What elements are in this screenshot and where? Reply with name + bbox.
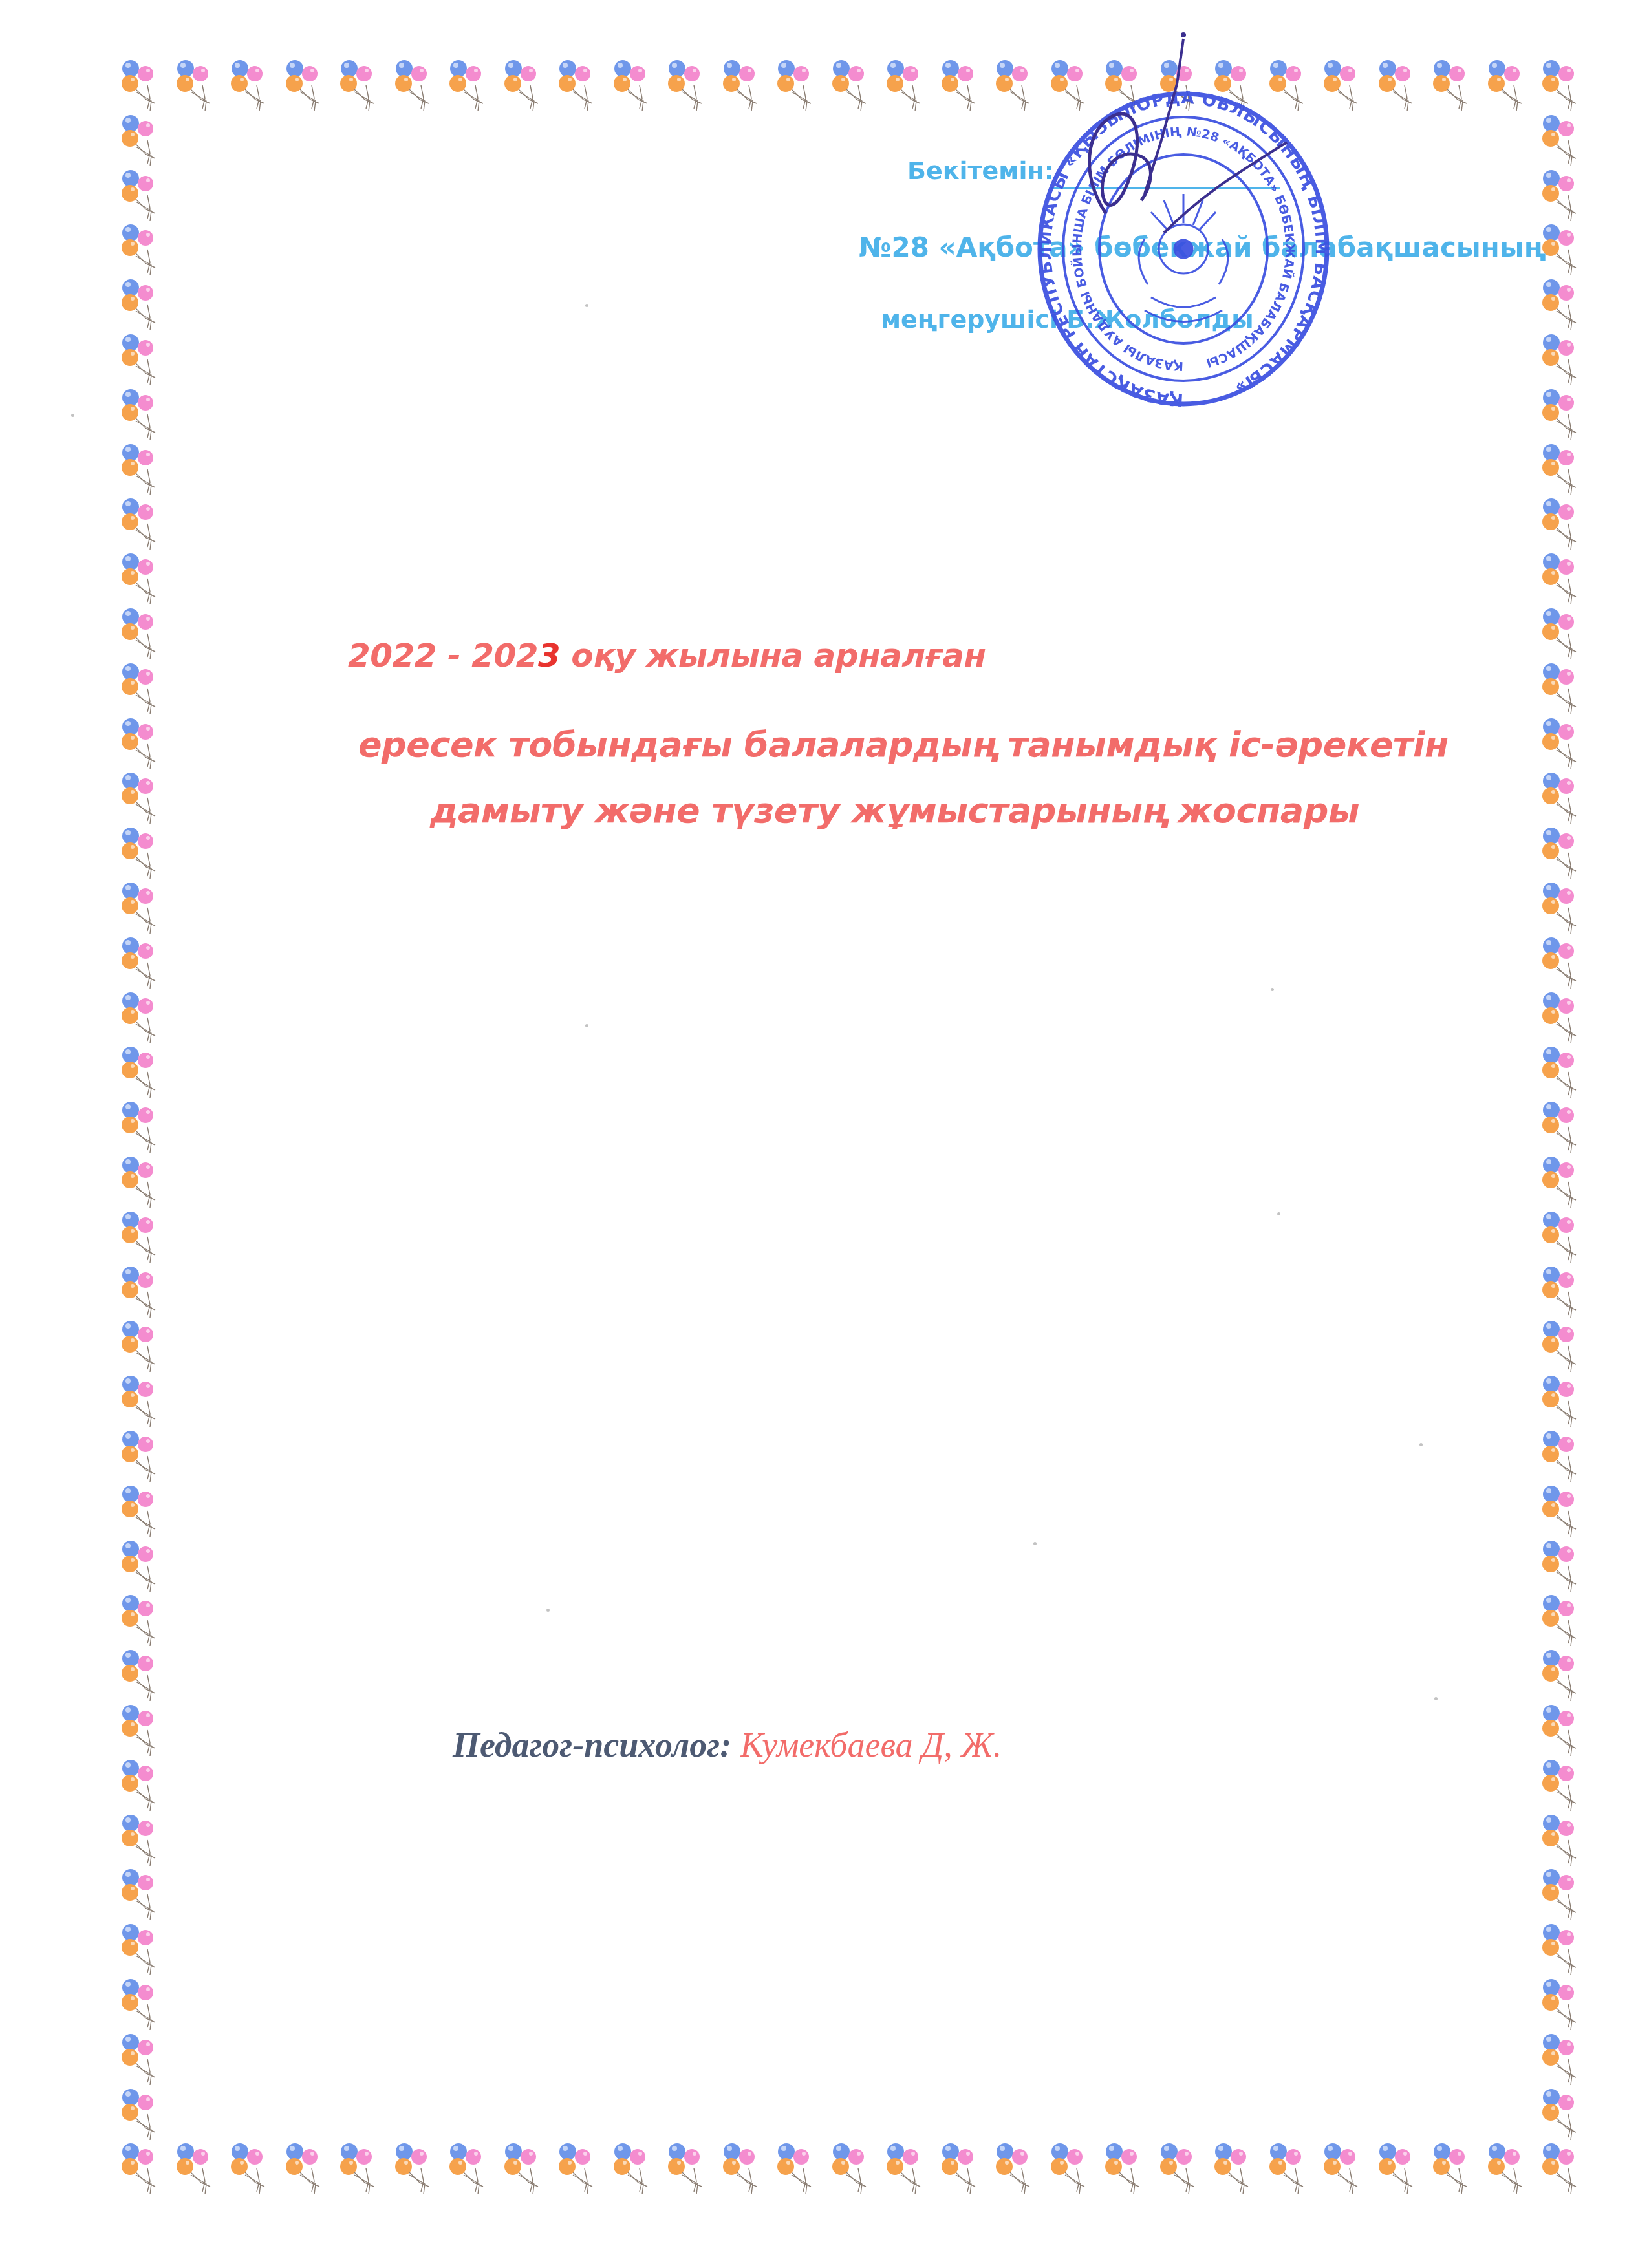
scan-speck xyxy=(1419,1443,1423,1446)
balloon-bunch-icon xyxy=(1211,2143,1262,2197)
border-balloon xyxy=(118,553,169,607)
balloon-bunch-icon xyxy=(1375,59,1427,114)
border-balloon xyxy=(173,59,224,114)
balloon-bunch-icon xyxy=(118,59,169,114)
border-balloon xyxy=(118,1923,169,1978)
balloon-bunch-icon xyxy=(1538,389,1590,443)
border-balloon xyxy=(118,1266,169,1320)
border-balloon xyxy=(391,2143,443,2197)
border-balloon xyxy=(1101,2143,1153,2197)
balloon-bunch-icon xyxy=(1538,2088,1590,2143)
border-balloon xyxy=(883,59,934,114)
border-balloon xyxy=(1538,1485,1590,1539)
border-balloon xyxy=(1156,2143,1208,2197)
border-balloon xyxy=(1538,2088,1590,2143)
border-balloon xyxy=(118,718,169,772)
border-balloon xyxy=(1538,663,1590,717)
border-balloon xyxy=(118,1485,169,1539)
border-balloon xyxy=(118,1375,169,1429)
balloon-bunch-icon xyxy=(1538,1540,1590,1594)
balloon-bunch-icon xyxy=(828,59,880,114)
balloon-bunch-icon xyxy=(1538,1923,1590,1978)
border-balloon xyxy=(118,1156,169,1210)
balloon-bunch-icon xyxy=(1538,1868,1590,1923)
balloon-bunch-icon xyxy=(118,553,169,607)
border-balloon xyxy=(118,2088,169,2143)
scan-speck xyxy=(1271,988,1274,991)
border-balloon xyxy=(118,992,169,1046)
border-balloon xyxy=(1538,1704,1590,1759)
border-balloon xyxy=(1538,1649,1590,1704)
border-balloon xyxy=(1538,1046,1590,1100)
border-balloon xyxy=(992,2143,1044,2197)
border-balloon xyxy=(773,59,825,114)
balloon-bunch-icon xyxy=(773,59,825,114)
academic-year-heading: 2022 - 2023 оқу жылына арналған xyxy=(348,637,986,674)
balloon-bunch-icon xyxy=(555,2143,607,2197)
scan-speck xyxy=(1434,1697,1438,1700)
balloon-bunch-icon xyxy=(1538,663,1590,717)
balloon-bunch-icon xyxy=(1538,1046,1590,1100)
balloon-bunch-icon xyxy=(118,663,169,717)
balloon-bunch-icon xyxy=(1538,1485,1590,1539)
balloon-bunch-icon xyxy=(1484,59,1536,114)
plan-title-line-2: дамыту және түзету жұмыстарының жоспары xyxy=(430,790,1359,831)
balloon-bunch-icon xyxy=(446,59,497,114)
border-balloon xyxy=(1538,498,1590,552)
scan-speck xyxy=(1277,1212,1280,1215)
border-balloon xyxy=(118,59,169,114)
border-balloon xyxy=(1429,2143,1481,2197)
border-balloon xyxy=(610,59,662,114)
balloon-bunch-icon xyxy=(118,1540,169,1594)
border-balloon xyxy=(227,59,279,114)
balloon-bunch-icon xyxy=(118,279,169,333)
border-balloon xyxy=(118,2143,169,2197)
border-balloon xyxy=(1538,1594,1590,1649)
balloon-bunch-icon xyxy=(1538,1101,1590,1155)
border-balloon xyxy=(1538,1211,1590,1265)
balloon-bunch-icon xyxy=(1320,2143,1372,2197)
border-balloon xyxy=(938,59,989,114)
balloon-bunch-icon xyxy=(1538,827,1590,881)
balloon-bunch-icon xyxy=(501,2143,552,2197)
balloon-bunch-icon xyxy=(1538,498,1590,552)
balloon-bunch-icon xyxy=(1156,2143,1208,2197)
balloon-bunch-icon xyxy=(118,882,169,936)
balloon-bunch-icon xyxy=(828,2143,880,2197)
year-heading-suffix: оқу жылына арналған xyxy=(560,637,986,674)
border-balloon xyxy=(1484,2143,1536,2197)
border-balloon xyxy=(1538,59,1590,114)
balloon-bunch-icon xyxy=(1538,1266,1590,1320)
border-balloon xyxy=(1538,1101,1590,1155)
balloon-bunch-icon xyxy=(227,59,279,114)
balloon-bunch-icon xyxy=(118,2088,169,2143)
border-balloon xyxy=(336,2143,388,2197)
border-balloon xyxy=(282,59,334,114)
plan-title-line-1: ересек тобындағы балалардың танымдық іс-… xyxy=(358,724,1449,765)
balloon-bunch-icon xyxy=(118,772,169,826)
border-balloon xyxy=(118,498,169,552)
balloon-bunch-icon xyxy=(1429,59,1481,114)
border-balloon xyxy=(719,59,771,114)
balloon-bunch-icon xyxy=(1538,114,1590,169)
balloon-bunch-icon xyxy=(1375,2143,1427,2197)
border-balloon xyxy=(664,2143,716,2197)
border-balloon xyxy=(1538,992,1590,1046)
border-balloon xyxy=(1538,827,1590,881)
signature xyxy=(1067,19,1326,239)
balloon-bunch-icon xyxy=(336,2143,388,2197)
balloon-bunch-icon xyxy=(118,1266,169,1320)
border-balloon xyxy=(1538,1156,1590,1210)
border-balloon xyxy=(118,1649,169,1704)
border-balloon xyxy=(118,882,169,936)
border-balloon xyxy=(501,59,552,114)
border-balloon xyxy=(118,1320,169,1375)
border-balloon xyxy=(118,827,169,881)
border-balloon xyxy=(118,389,169,443)
border-balloon xyxy=(1538,1759,1590,1813)
scan-speck xyxy=(1033,1542,1037,1545)
balloon-bunch-icon xyxy=(883,59,934,114)
balloon-bunch-icon xyxy=(336,59,388,114)
border-balloon xyxy=(828,59,880,114)
balloon-bunch-icon xyxy=(610,2143,662,2197)
balloon-bunch-icon xyxy=(118,1814,169,1868)
border-balloon xyxy=(118,1101,169,1155)
border-balloon xyxy=(227,2143,279,2197)
balloon-bunch-icon xyxy=(118,1156,169,1210)
balloon-bunch-icon xyxy=(992,2143,1044,2197)
border-balloon xyxy=(555,2143,607,2197)
border-balloon xyxy=(118,1540,169,1594)
balloon-bunch-icon xyxy=(1538,1320,1590,1375)
border-balloon xyxy=(282,2143,334,2197)
border-balloon xyxy=(1320,2143,1372,2197)
balloon-bunch-icon xyxy=(501,59,552,114)
border-balloon xyxy=(1538,1540,1590,1594)
balloon-bunch-icon xyxy=(282,2143,334,2197)
border-balloon xyxy=(1429,59,1481,114)
border-balloon xyxy=(1538,1266,1590,1320)
balloon-bunch-icon xyxy=(118,992,169,1046)
balloon-bunch-icon xyxy=(118,937,169,991)
balloon-bunch-icon xyxy=(1538,2033,1590,2088)
border-balloon xyxy=(1538,772,1590,826)
border-balloon xyxy=(118,1594,169,1649)
balloon-bunch-icon xyxy=(1429,2143,1481,2197)
approval-title: Бекітемін: xyxy=(907,156,1054,185)
balloon-bunch-icon xyxy=(118,169,169,224)
border-balloon xyxy=(118,2033,169,2088)
border-balloon xyxy=(118,1046,169,1100)
balloon-bunch-icon xyxy=(118,1759,169,1813)
balloon-bunch-icon xyxy=(1538,169,1590,224)
balloon-bunch-icon xyxy=(1538,992,1590,1046)
border-balloon xyxy=(118,114,169,169)
border-balloon xyxy=(1375,2143,1427,2197)
border-balloon xyxy=(1538,279,1590,333)
border-balloon xyxy=(118,334,169,388)
balloon-bunch-icon xyxy=(555,59,607,114)
balloon-bunch-icon xyxy=(391,59,443,114)
balloon-bunch-icon xyxy=(118,1868,169,1923)
balloon-bunch-icon xyxy=(1538,1759,1590,1813)
border-balloon xyxy=(118,224,169,278)
border-balloon xyxy=(1538,2033,1590,2088)
balloon-bunch-icon xyxy=(118,1211,169,1265)
border-balloon xyxy=(1538,882,1590,936)
balloon-bunch-icon xyxy=(1538,1704,1590,1759)
border-balloon xyxy=(1538,2143,1590,2197)
border-balloon xyxy=(118,1759,169,1813)
author-credit: Педагог-психолог: Кумекбаева Д, Ж. xyxy=(453,1725,1002,1765)
border-balloon xyxy=(118,444,169,498)
scan-speck xyxy=(546,1609,550,1612)
balloon-bunch-icon xyxy=(1538,1594,1590,1649)
balloon-bunch-icon xyxy=(773,2143,825,2197)
balloon-bunch-icon xyxy=(118,224,169,278)
balloon-bunch-icon xyxy=(227,2143,279,2197)
balloon-bunch-icon xyxy=(118,1594,169,1649)
border-balloon xyxy=(118,1868,169,1923)
balloon-bunch-icon xyxy=(1538,59,1590,114)
border-balloon xyxy=(1538,937,1590,991)
balloon-bunch-icon xyxy=(118,334,169,388)
border-balloon xyxy=(1538,1320,1590,1375)
border-balloon xyxy=(938,2143,989,2197)
border-balloon xyxy=(118,1211,169,1265)
balloon-bunch-icon xyxy=(118,498,169,552)
border-balloon xyxy=(118,279,169,333)
balloon-bunch-icon xyxy=(1538,1814,1590,1868)
balloon-bunch-icon xyxy=(1266,2143,1317,2197)
border-balloon xyxy=(1538,444,1590,498)
border-balloon xyxy=(118,169,169,224)
border-balloon xyxy=(1538,1375,1590,1429)
balloon-bunch-icon xyxy=(1538,279,1590,333)
border-balloon xyxy=(1266,2143,1317,2197)
border-balloon xyxy=(1538,608,1590,662)
balloon-bunch-icon xyxy=(118,389,169,443)
balloon-bunch-icon xyxy=(118,2033,169,2088)
balloon-bunch-icon xyxy=(1538,1156,1590,1210)
balloon-bunch-icon xyxy=(118,1101,169,1155)
balloon-bunch-icon xyxy=(173,2143,224,2197)
balloon-bunch-icon xyxy=(118,827,169,881)
balloon-bunch-icon xyxy=(118,1485,169,1539)
balloon-bunch-icon xyxy=(118,1375,169,1429)
scan-speck xyxy=(71,414,74,417)
border-balloon xyxy=(118,1704,169,1759)
balloon-bunch-icon xyxy=(664,59,716,114)
border-balloon xyxy=(1375,59,1427,114)
balloon-bunch-icon xyxy=(938,59,989,114)
border-balloon xyxy=(664,59,716,114)
balloon-bunch-icon xyxy=(118,1430,169,1484)
border-balloon xyxy=(1538,334,1590,388)
border-balloon xyxy=(555,59,607,114)
balloon-bunch-icon xyxy=(1538,718,1590,772)
border-balloon xyxy=(118,1430,169,1484)
author-role-label: Педагог-психолог: xyxy=(453,1726,731,1764)
border-balloon xyxy=(1538,169,1590,224)
balloon-bunch-icon xyxy=(1538,1978,1590,2033)
balloon-bunch-icon xyxy=(1538,882,1590,936)
balloon-bunch-icon xyxy=(1047,2143,1099,2197)
balloon-bunch-icon xyxy=(118,1320,169,1375)
balloon-bunch-icon xyxy=(1484,2143,1536,2197)
border-balloon xyxy=(391,59,443,114)
balloon-bunch-icon xyxy=(1538,937,1590,991)
balloon-bunch-icon xyxy=(118,1046,169,1100)
balloon-bunch-icon xyxy=(1538,553,1590,607)
balloon-bunch-icon xyxy=(118,1978,169,2033)
border-balloon xyxy=(446,59,497,114)
border-balloon xyxy=(336,59,388,114)
balloon-bunch-icon xyxy=(118,2143,169,2197)
border-balloon xyxy=(1538,1814,1590,1868)
border-balloon xyxy=(1538,1430,1590,1484)
balloon-bunch-icon xyxy=(1538,1375,1590,1429)
border-balloon xyxy=(1538,1978,1590,2033)
balloon-bunch-icon xyxy=(938,2143,989,2197)
border-balloon xyxy=(118,608,169,662)
balloon-bunch-icon xyxy=(282,59,334,114)
balloon-bunch-icon xyxy=(1538,2143,1590,2197)
border-balloon xyxy=(118,663,169,717)
balloon-bunch-icon xyxy=(1538,1211,1590,1265)
balloon-bunch-icon xyxy=(1538,1430,1590,1484)
border-balloon xyxy=(883,2143,934,2197)
balloon-bunch-icon xyxy=(118,1704,169,1759)
border-balloon xyxy=(1538,553,1590,607)
balloon-bunch-icon xyxy=(118,718,169,772)
corrected-year-digit: 3 xyxy=(538,637,560,674)
balloon-bunch-icon xyxy=(118,1649,169,1704)
scan-speck xyxy=(585,1024,588,1027)
border-balloon xyxy=(1538,1923,1590,1978)
border-balloon xyxy=(1538,114,1590,169)
balloon-bunch-icon xyxy=(883,2143,934,2197)
border-balloon xyxy=(446,2143,497,2197)
balloon-bunch-icon xyxy=(118,114,169,169)
year-range-prefix: 2022 - 202 xyxy=(348,637,538,674)
border-balloon xyxy=(719,2143,771,2197)
border-balloon xyxy=(1538,224,1590,278)
border-balloon xyxy=(118,772,169,826)
balloon-bunch-icon xyxy=(173,59,224,114)
balloon-bunch-icon xyxy=(118,608,169,662)
border-balloon xyxy=(501,2143,552,2197)
border-balloon xyxy=(173,2143,224,2197)
balloon-bunch-icon xyxy=(446,2143,497,2197)
border-balloon xyxy=(1538,389,1590,443)
author-name: Кумекбаева Д, Ж. xyxy=(731,1726,1002,1764)
balloon-bunch-icon xyxy=(391,2143,443,2197)
balloon-bunch-icon xyxy=(1538,1649,1590,1704)
balloon-bunch-icon xyxy=(1538,608,1590,662)
border-balloon xyxy=(118,1814,169,1868)
border-balloon xyxy=(1047,2143,1099,2197)
scan-speck xyxy=(585,304,588,307)
border-balloon xyxy=(1211,2143,1262,2197)
balloon-bunch-icon xyxy=(1538,224,1590,278)
border-balloon xyxy=(610,2143,662,2197)
balloon-bunch-icon xyxy=(719,2143,771,2197)
balloon-bunch-icon xyxy=(1538,334,1590,388)
balloon-bunch-icon xyxy=(610,59,662,114)
balloon-bunch-icon xyxy=(118,444,169,498)
border-balloon xyxy=(118,937,169,991)
border-balloon xyxy=(1538,718,1590,772)
balloon-border xyxy=(0,0,1649,2268)
border-balloon xyxy=(1484,59,1536,114)
border-balloon xyxy=(773,2143,825,2197)
balloon-bunch-icon xyxy=(1101,2143,1153,2197)
balloon-bunch-icon xyxy=(1538,444,1590,498)
balloon-bunch-icon xyxy=(1538,772,1590,826)
balloon-bunch-icon xyxy=(664,2143,716,2197)
border-balloon xyxy=(1538,1868,1590,1923)
border-balloon xyxy=(118,1978,169,2033)
border-balloon xyxy=(828,2143,880,2197)
balloon-bunch-icon xyxy=(118,1923,169,1978)
balloon-bunch-icon xyxy=(719,59,771,114)
